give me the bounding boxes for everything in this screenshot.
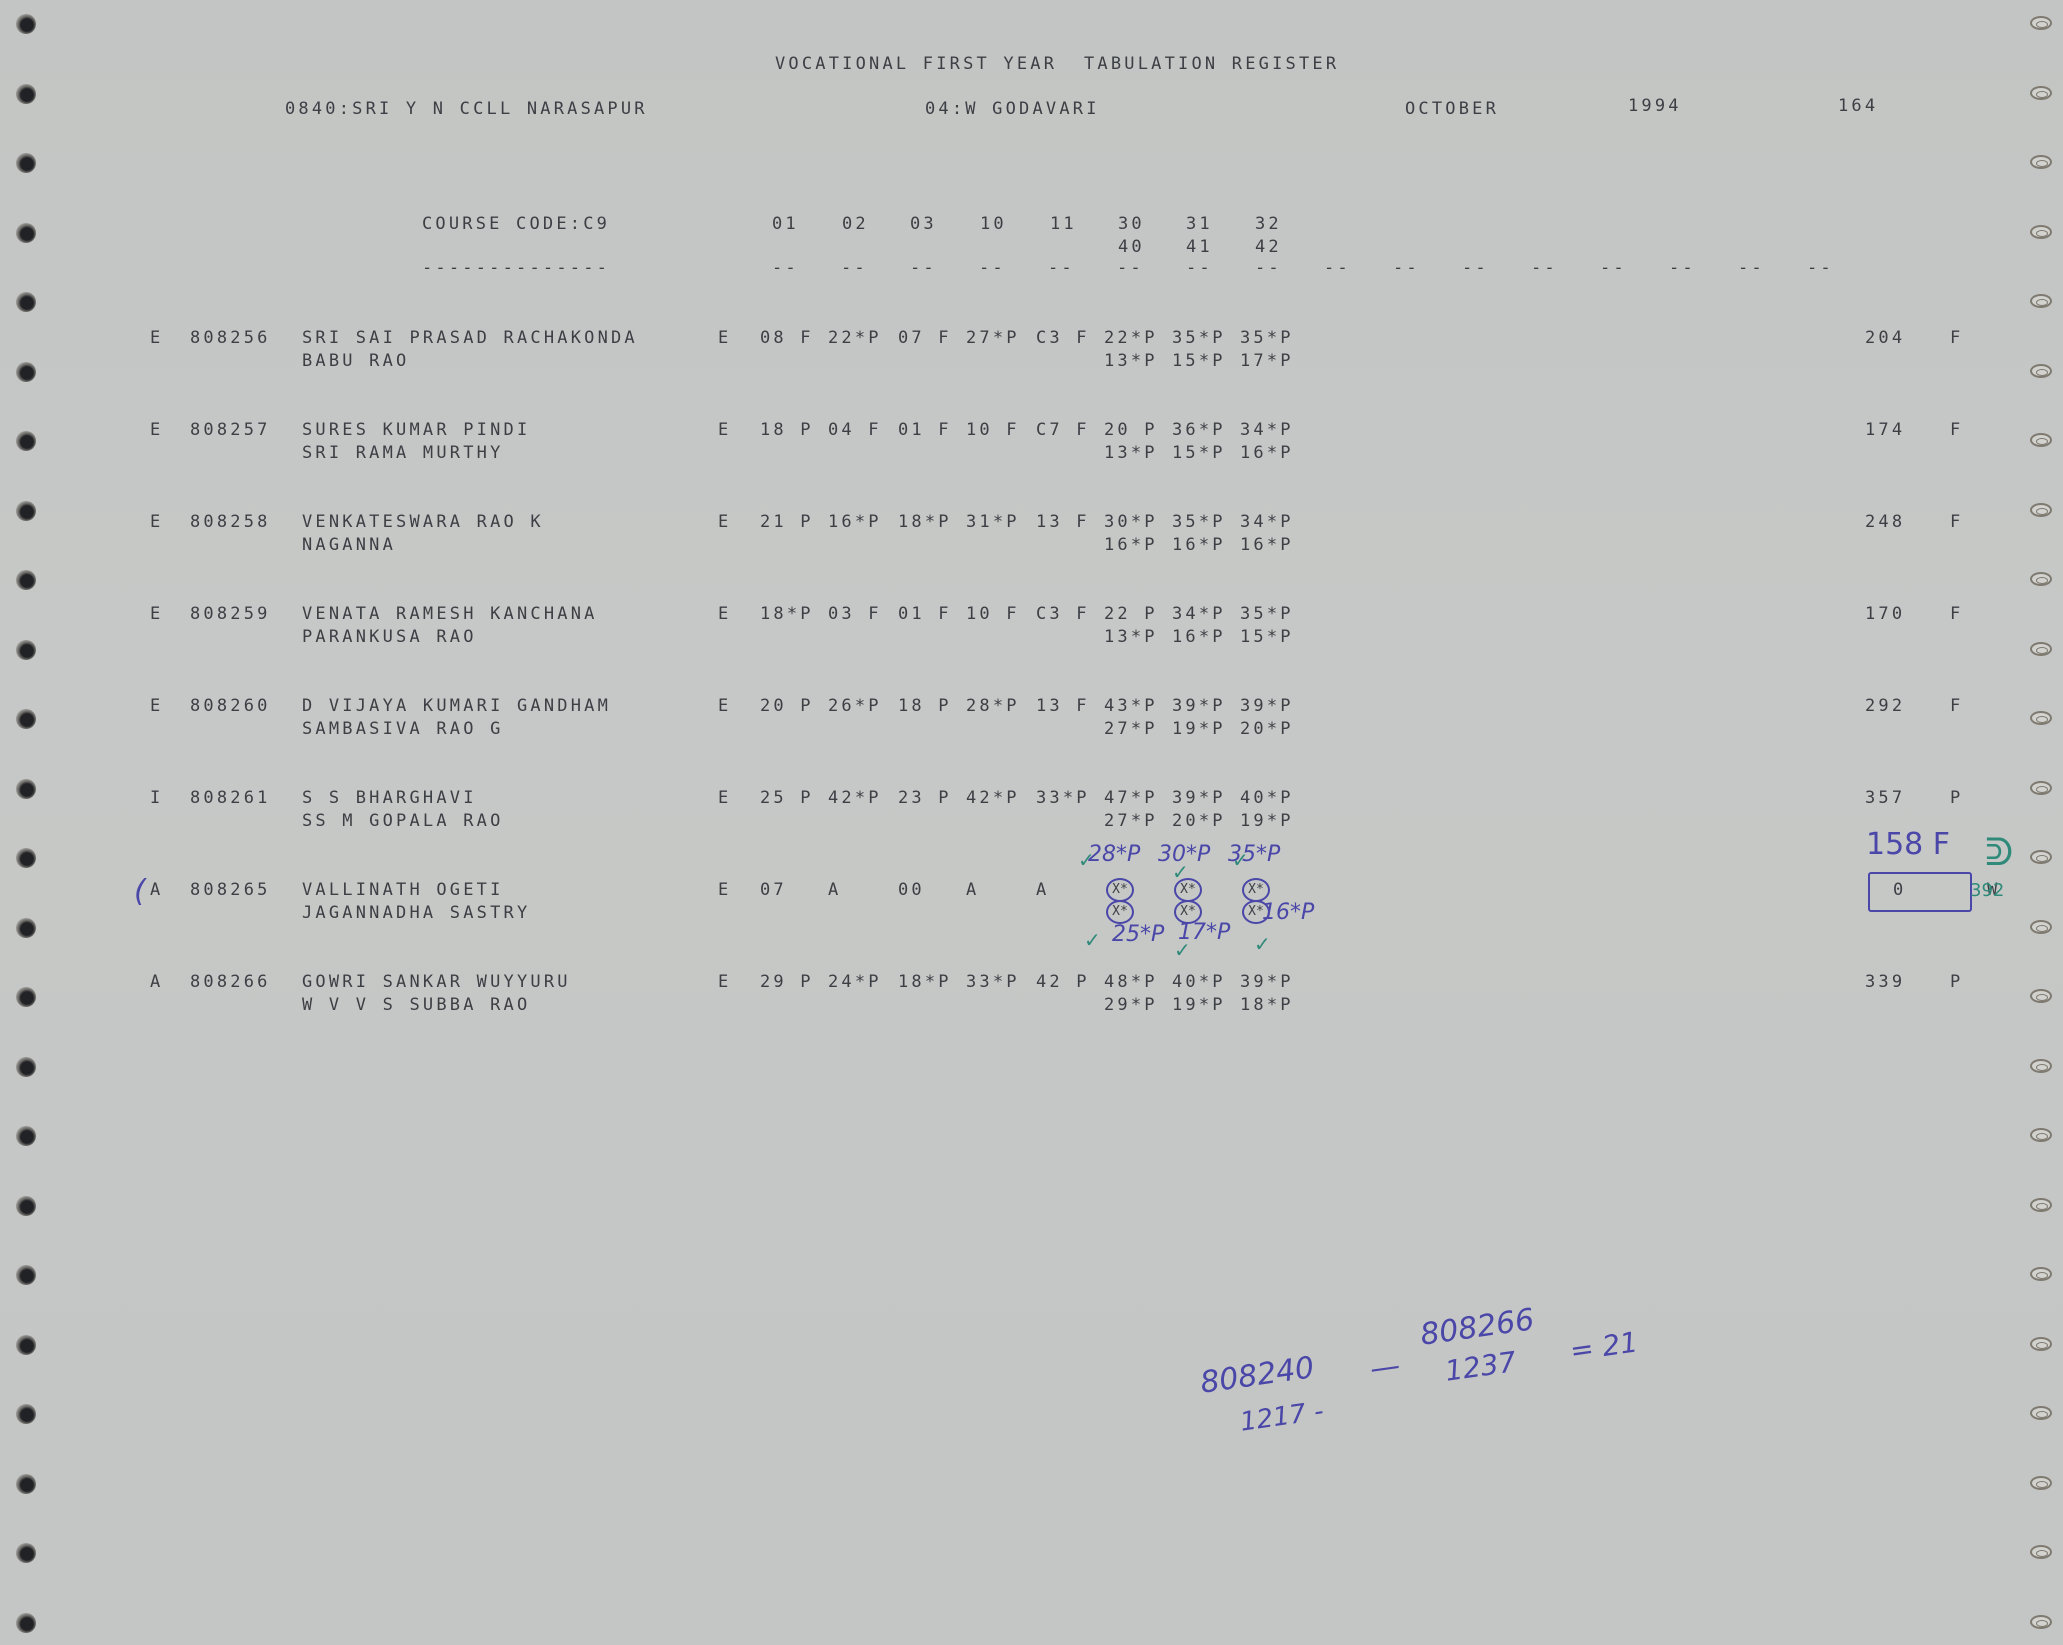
- checkmark-icon: ✓: [1078, 848, 1095, 872]
- subject-code: 03: [910, 214, 937, 234]
- handwritten-correction: 25*P: [1112, 922, 1164, 947]
- handwritten-count-end: 1237: [1443, 1345, 1518, 1388]
- column-dash: --: [1462, 258, 1489, 278]
- feed-hole-icon: [16, 570, 36, 590]
- page-number: 164: [1838, 96, 1878, 116]
- feed-hole-icon: [2030, 1476, 2052, 1490]
- subject-code: 30: [1118, 214, 1145, 234]
- medium-code: E: [718, 512, 731, 532]
- student-category: E: [150, 328, 163, 348]
- student-name: D VIJAYA KUMARI GANDHAM: [302, 696, 611, 716]
- subject-mark: A: [966, 880, 979, 900]
- checkmark-icon: ✓: [1172, 860, 1189, 884]
- column-dash: --: [1117, 258, 1144, 278]
- feed-hole-icon: [16, 153, 36, 173]
- checkmark-icon: ✓: [1254, 932, 1271, 956]
- exam-year: 1994: [1628, 96, 1682, 116]
- subject-mark: 16*P: [1172, 535, 1226, 555]
- subject-mark: 17*P: [1240, 351, 1294, 371]
- medium-code: E: [718, 880, 731, 900]
- column-dash: --: [1324, 258, 1351, 278]
- father-name: PARANKUSA RAO: [302, 627, 477, 647]
- subject-mark: 22*P: [828, 328, 882, 348]
- hall-ticket-number: 808256: [190, 328, 271, 348]
- hall-ticket-number: 808258: [190, 512, 271, 532]
- subject-mark: 31*P: [966, 512, 1020, 532]
- subject-mark: 25 P: [760, 788, 814, 808]
- column-dash: --: [1393, 258, 1420, 278]
- handwritten-range-start: 808240: [1198, 1350, 1316, 1401]
- student-name: VALLINATH OGETI: [302, 880, 504, 900]
- subject-mark: 27*P: [966, 328, 1020, 348]
- subject-mark: 39*P: [1172, 788, 1226, 808]
- result-status: F: [1950, 604, 1963, 624]
- subject-mark: 13*P: [1104, 443, 1158, 463]
- subject-mark: 13 F: [1036, 696, 1090, 716]
- hall-ticket-number: 808259: [190, 604, 271, 624]
- column-dash: --: [1186, 258, 1213, 278]
- father-name: JAGANNADHA SASTRY: [302, 903, 530, 923]
- subject-mark: X*: [1106, 900, 1134, 924]
- column-dash: --: [1807, 258, 1834, 278]
- feed-hole-icon: [16, 848, 36, 868]
- father-name: BABU RAO: [302, 351, 409, 371]
- subject-mark: 20 P: [760, 696, 814, 716]
- student-category: A: [150, 880, 163, 900]
- feed-hole-icon: [2030, 1615, 2052, 1629]
- feed-hole-icon: [16, 918, 36, 938]
- feed-hole-icon: [2030, 1198, 2052, 1212]
- subject-mark: 10 F: [966, 604, 1020, 624]
- handwritten-total: 158 F: [1866, 827, 1950, 862]
- subject-code: 41: [1186, 237, 1213, 257]
- subject-mark: 35*P: [1240, 604, 1294, 624]
- handwritten-correction: 28*P: [1088, 842, 1140, 867]
- college-name: 0840:SRI Y N CCLL NARASAPUR: [285, 99, 648, 119]
- column-dash: --: [1669, 258, 1696, 278]
- feed-hole-icon: [16, 1126, 36, 1146]
- student-name: GOWRI SANKAR WUYYURU: [302, 972, 571, 992]
- handwritten-dash: —: [1368, 1348, 1403, 1387]
- subject-mark: 15*P: [1240, 627, 1294, 647]
- column-dash: --: [1531, 258, 1558, 278]
- feed-hole-icon: [2030, 1406, 2052, 1420]
- subject-mark: 16*P: [1104, 535, 1158, 555]
- subject-mark: C3 F: [1036, 328, 1090, 348]
- subject-mark: 33*P: [1036, 788, 1090, 808]
- father-name: NAGANNA: [302, 535, 396, 555]
- subject-mark: 03 F: [828, 604, 882, 624]
- subject-code: 01: [772, 214, 799, 234]
- subject-mark: 20 P: [1104, 420, 1158, 440]
- subject-mark: 10 F: [966, 420, 1020, 440]
- checkmark-icon: ✓: [1174, 938, 1191, 962]
- subject-mark: 33*P: [966, 972, 1020, 992]
- subject-mark: 35*P: [1172, 512, 1226, 532]
- handwritten-correction: 16*P: [1262, 900, 1314, 925]
- subject-mark: 19*P: [1172, 719, 1226, 739]
- subject-mark: 35*P: [1172, 328, 1226, 348]
- subject-mark: 43*P: [1104, 696, 1158, 716]
- medium-code: E: [718, 604, 731, 624]
- feed-hole-icon: [2030, 781, 2052, 795]
- subject-mark: 22*P: [1104, 328, 1158, 348]
- student-name: SRI SAI PRASAD RACHAKONDA: [302, 328, 638, 348]
- father-name: SAMBASIVA RAO G: [302, 719, 504, 739]
- subject-mark: 35*P: [1240, 328, 1294, 348]
- feed-hole-icon: [2030, 1337, 2052, 1351]
- feed-hole-icon: [16, 501, 36, 521]
- student-name: SURES KUMAR PINDI: [302, 420, 530, 440]
- feed-hole-icon: [2030, 572, 2052, 586]
- medium-code: E: [718, 328, 731, 348]
- student-name: VENKATESWARA RAO K: [302, 512, 544, 532]
- subject-mark: C3 F: [1036, 604, 1090, 624]
- result-status: P: [1950, 972, 1963, 992]
- feed-hole-icon: [16, 292, 36, 312]
- result-status: F: [1950, 512, 1963, 532]
- total-marks: 339: [1865, 972, 1905, 992]
- register-title: VOCATIONAL FIRST YEAR TABULATION REGISTE…: [775, 54, 1339, 74]
- feed-hole-icon: [16, 431, 36, 451]
- subject-mark: A: [1036, 880, 1049, 900]
- subject-mark: 18 P: [760, 420, 814, 440]
- hall-ticket-number: 808260: [190, 696, 271, 716]
- medium-code: E: [718, 420, 731, 440]
- hall-ticket-number: 808265: [190, 880, 271, 900]
- feed-hole-icon: [2030, 850, 2052, 864]
- subject-code: 10: [980, 214, 1007, 234]
- feed-hole-icon: [2030, 364, 2052, 378]
- result-status: F: [1950, 696, 1963, 716]
- column-dash: --: [979, 258, 1006, 278]
- subject-mark: 40*P: [1240, 788, 1294, 808]
- subject-mark: 16*P: [1240, 535, 1294, 555]
- subject-mark: 30*P: [1104, 512, 1158, 532]
- handwritten-count-start: 1217 -: [1238, 1396, 1325, 1437]
- feed-hole-icon: [16, 779, 36, 799]
- feed-hole-icon: [2030, 294, 2052, 308]
- subject-code: 42: [1255, 237, 1282, 257]
- student-category: E: [150, 604, 163, 624]
- subject-mark: 20*P: [1172, 811, 1226, 831]
- feed-hole-icon: [16, 1474, 36, 1494]
- feed-hole-icon: [2030, 503, 2052, 517]
- feed-hole-icon: [2030, 642, 2052, 656]
- subject-mark: 24*P: [828, 972, 882, 992]
- feed-hole-icon: [2030, 155, 2052, 169]
- father-name: W V V S SUBBA RAO: [302, 995, 530, 1015]
- result-status: F: [1950, 420, 1963, 440]
- subject-mark: 04 F: [828, 420, 882, 440]
- subject-mark: 18*P: [760, 604, 814, 624]
- result-status: P: [1950, 788, 1963, 808]
- total-marks: 170: [1865, 604, 1905, 624]
- feed-hole-icon: [2030, 433, 2052, 447]
- subject-mark: 29 P: [760, 972, 814, 992]
- subject-mark: 39*P: [1240, 972, 1294, 992]
- feed-hole-icon: [16, 362, 36, 382]
- subject-mark: 16*P: [828, 512, 882, 532]
- subject-code: 32: [1255, 214, 1282, 234]
- handwritten-difference: = 21: [1568, 1325, 1640, 1367]
- subject-code: 40: [1118, 237, 1145, 257]
- feed-hole-icon: [2030, 225, 2052, 239]
- subject-mark: 34*P: [1240, 420, 1294, 440]
- subject-code: 31: [1186, 214, 1213, 234]
- feed-hole-icon: [16, 1265, 36, 1285]
- feed-hole-icon: [16, 1613, 36, 1633]
- medium-code: E: [718, 788, 731, 808]
- subject-mark: 07: [760, 880, 787, 900]
- subject-mark: 48*P: [1104, 972, 1158, 992]
- exam-month: OCTOBER: [1405, 99, 1499, 119]
- district-name: 04:W GODAVARI: [925, 99, 1100, 119]
- subject-mark: 07 F: [898, 328, 952, 348]
- subject-mark: 16*P: [1240, 443, 1294, 463]
- feed-hole-icon: [16, 640, 36, 660]
- subject-code: 11: [1050, 214, 1077, 234]
- hall-ticket-number: 808257: [190, 420, 271, 440]
- column-dash: --: [1738, 258, 1765, 278]
- subject-mark: 13*P: [1104, 351, 1158, 371]
- subject-mark: 26*P: [828, 696, 882, 716]
- subject-mark: 18 P: [898, 696, 952, 716]
- subject-mark: 39*P: [1240, 696, 1294, 716]
- subject-mark: 40*P: [1172, 972, 1226, 992]
- subject-mark: 16*P: [1172, 627, 1226, 647]
- feed-hole-icon: [16, 1543, 36, 1563]
- feed-hole-icon: [2030, 86, 2052, 100]
- feed-hole-icon: [16, 1057, 36, 1077]
- student-name: S S BHARGHAVI: [302, 788, 477, 808]
- subject-mark: 42*P: [966, 788, 1020, 808]
- column-dash: --: [1600, 258, 1627, 278]
- total-marks: 292: [1865, 696, 1905, 716]
- column-dash: --: [772, 258, 799, 278]
- father-name: SRI RAMA MURTHY: [302, 443, 504, 463]
- hall-ticket-number: 808266: [190, 972, 271, 992]
- student-category: E: [150, 420, 163, 440]
- father-name: SS M GOPALA RAO: [302, 811, 504, 831]
- subject-mark: 15*P: [1172, 443, 1226, 463]
- subject-mark: 13 F: [1036, 512, 1090, 532]
- subject-mark: 39*P: [1172, 696, 1226, 716]
- total-marks: 357: [1865, 788, 1905, 808]
- subject-mark: 47*P: [1104, 788, 1158, 808]
- feed-hole-icon: [2030, 1128, 2052, 1142]
- subject-mark: 18*P: [898, 512, 952, 532]
- subject-mark: 01 F: [898, 420, 952, 440]
- subject-mark: 42*P: [828, 788, 882, 808]
- column-dash: --: [841, 258, 868, 278]
- feed-hole-icon: [2030, 1059, 2052, 1073]
- column-dash: --: [910, 258, 937, 278]
- feed-hole-icon: [16, 223, 36, 243]
- medium-code: E: [718, 972, 731, 992]
- feed-hole-icon: [2030, 989, 2052, 1003]
- subject-mark: 34*P: [1240, 512, 1294, 532]
- subject-mark: 20*P: [1240, 719, 1294, 739]
- hall-ticket-number: 808261: [190, 788, 271, 808]
- subject-mark: X*: [1242, 878, 1270, 902]
- subject-mark: 22 P: [1104, 604, 1158, 624]
- feed-hole-icon: [16, 1404, 36, 1424]
- subject-mark: 27*P: [1104, 811, 1158, 831]
- signature-mark-icon: ᕲ: [1985, 830, 2013, 875]
- subject-mark: 29*P: [1104, 995, 1158, 1015]
- feed-hole-icon: [2030, 920, 2052, 934]
- subject-mark: 19*P: [1172, 995, 1226, 1015]
- course-code-underline: --------------: [422, 258, 610, 278]
- feed-hole-icon: [2030, 16, 2052, 30]
- feed-hole-icon: [16, 1196, 36, 1216]
- subject-mark: 18*P: [1240, 995, 1294, 1015]
- subject-mark: 08 F: [760, 328, 814, 348]
- subject-mark: 15*P: [1172, 351, 1226, 371]
- subject-mark: 13*P: [1104, 627, 1158, 647]
- student-category: E: [150, 696, 163, 716]
- student-category: A: [150, 972, 163, 992]
- subject-mark: 28*P: [966, 696, 1020, 716]
- subject-code: 02: [842, 214, 869, 234]
- course-code-label: COURSE CODE:C9: [422, 214, 610, 234]
- column-dash: --: [1048, 258, 1075, 278]
- subject-mark: 42 P: [1036, 972, 1090, 992]
- feed-hole-icon: [16, 14, 36, 34]
- medium-code: E: [718, 696, 731, 716]
- subject-mark: 23 P: [898, 788, 952, 808]
- checkmark-icon: ✓: [1084, 928, 1101, 952]
- subject-mark: 27*P: [1104, 719, 1158, 739]
- feed-hole-icon: [2030, 1545, 2052, 1559]
- subject-mark: C7 F: [1036, 420, 1090, 440]
- feed-hole-icon: [16, 987, 36, 1007]
- subject-mark: 19*P: [1240, 811, 1294, 831]
- subject-mark: 34*P: [1172, 604, 1226, 624]
- handwritten-side-note: 392: [1970, 880, 2004, 901]
- handwritten-range-end: 808266: [1418, 1302, 1536, 1353]
- feed-hole-icon: [16, 709, 36, 729]
- subject-mark: 21 P: [760, 512, 814, 532]
- column-dash: --: [1255, 258, 1282, 278]
- feed-hole-icon: [16, 84, 36, 104]
- subject-mark: 18*P: [898, 972, 952, 992]
- result-status: F: [1950, 328, 1963, 348]
- student-category: E: [150, 512, 163, 532]
- subject-mark: 00: [898, 880, 925, 900]
- total-marks: 204: [1865, 328, 1905, 348]
- total-marks: 174: [1865, 420, 1905, 440]
- feed-hole-icon: [2030, 1267, 2052, 1281]
- subject-mark: X*: [1106, 878, 1134, 902]
- handwritten-bracket: (: [134, 874, 146, 909]
- student-category: I: [150, 788, 163, 808]
- subject-mark: 36*P: [1172, 420, 1226, 440]
- checkmark-icon: ✓: [1232, 848, 1249, 872]
- feed-hole-icon: [2030, 711, 2052, 725]
- total-marks: 248: [1865, 512, 1905, 532]
- feed-hole-icon: [16, 1335, 36, 1355]
- subject-mark: 01 F: [898, 604, 952, 624]
- subject-mark: A: [828, 880, 841, 900]
- student-name: VENATA RAMESH KANCHANA: [302, 604, 598, 624]
